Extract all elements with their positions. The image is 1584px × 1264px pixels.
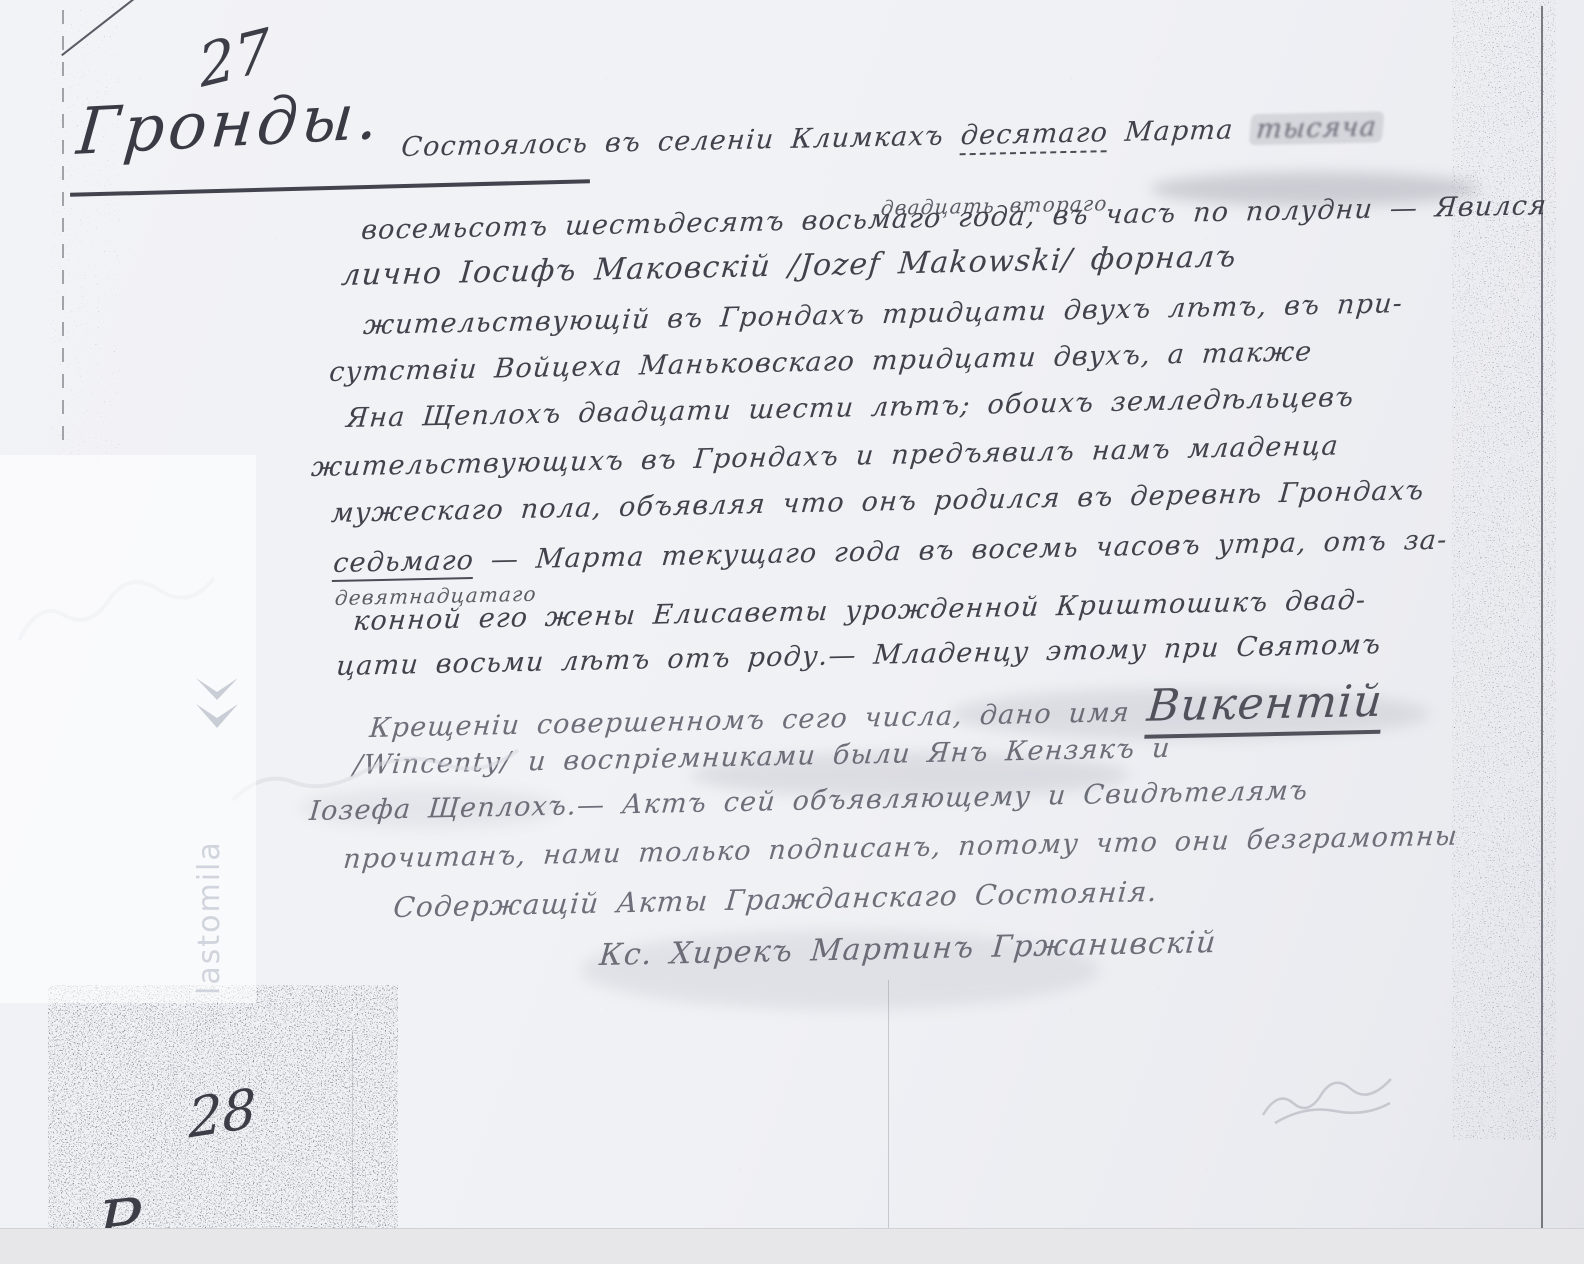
noise-texture-left-band xyxy=(50,0,120,470)
child-name: Викентій xyxy=(1145,676,1386,739)
scanned-record-page: 27 Гронды. Состоялось въ селеніи Климках… xyxy=(0,0,1584,1264)
underlined-word: десятаго xyxy=(959,117,1109,155)
bottom-page-edge xyxy=(0,1228,1584,1264)
pencil-scribble xyxy=(1255,1065,1405,1135)
smudged-word: тысяча xyxy=(1249,111,1384,145)
father-name: Іосифъ Маковскій xyxy=(459,249,773,291)
bleed-through-marks xyxy=(228,740,528,830)
line-text: Марта xyxy=(1107,114,1252,148)
line-text: лично xyxy=(340,255,462,293)
watermark-text: lastomila xyxy=(192,765,227,995)
chevron-down-icon xyxy=(194,678,240,740)
next-entry-number: 28 xyxy=(188,1076,257,1150)
underlined-word: седьмаго xyxy=(332,545,476,582)
noise-texture-right-band xyxy=(1452,0,1556,1140)
